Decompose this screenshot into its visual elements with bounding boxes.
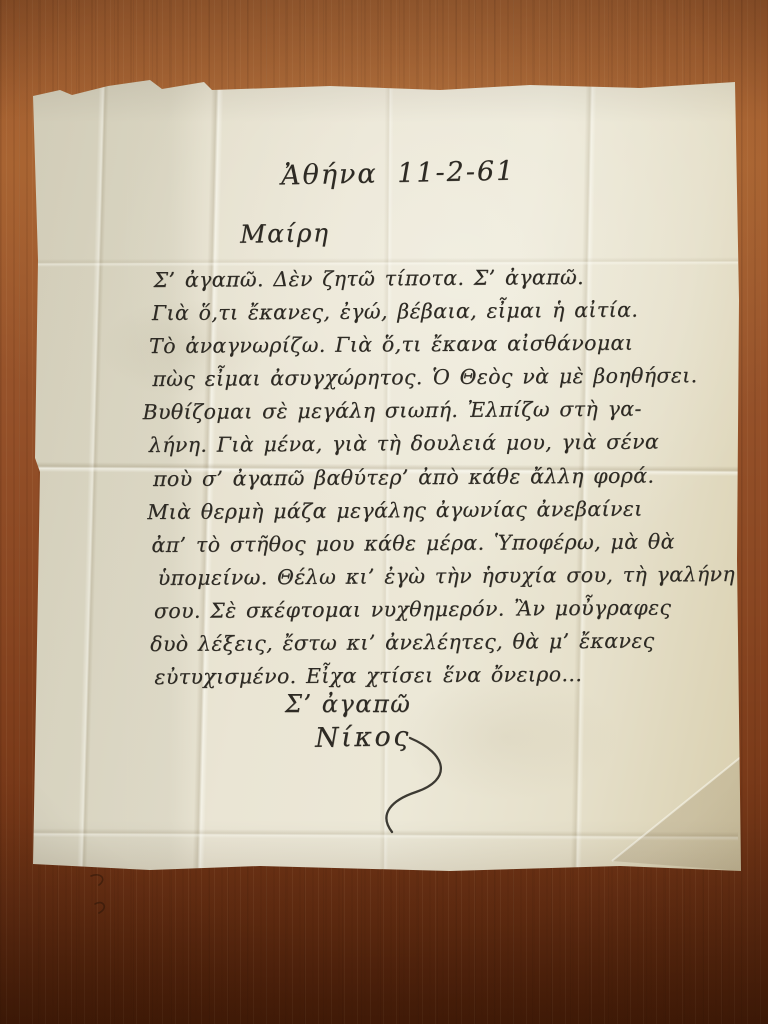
wood-scratch-mark	[85, 870, 125, 930]
letter-body-line: Γιὰ ὅ,τι ἔκανες, ἐγώ, βέβαια, εἶμαι ἡ αἰ…	[152, 293, 734, 330]
photograph-of-letter: Ἀθήνα 11-2-61 Μαίρη Σ’ ἀγαπῶ. Δὲν ζητῶ τ…	[0, 0, 768, 1024]
letter-body-line: Τὸ ἀναγνωρίζω. Γιὰ ὅ,τι ἔκανα αἰσθάνομαι	[149, 326, 734, 363]
letter-body-line: σου. Σὲ σκέφτομαι νυχθημερόν. Ἂν μοὖγραφ…	[154, 591, 736, 628]
letter-closing: Σ’ ἀγαπῶ	[285, 690, 411, 718]
letter-body-line: ποὺ σ’ ἀγαπῶ βαθύτερ’ ἀπὸ κάθε ἄλλη φορά…	[153, 459, 735, 496]
letter-body-line: Μιὰ θερμὴ μάζα μεγάλης ἀγωνίας ἀνεβαίνει	[147, 492, 735, 529]
signature-flourish	[300, 718, 500, 848]
letter-dateline: Ἀθήνα 11-2-61	[281, 156, 516, 192]
letter-body-line: λήνη. Γιὰ μένα, γιὰ τὴ δουλειά μου, γιὰ …	[149, 425, 735, 462]
letter-body-line: πὼς εἶμαι ἀσυγχώρητος. Ὁ Θεὸς νὰ μὲ βοηθ…	[152, 359, 734, 396]
letter-body-line: δυὸ λέξεις, ἔστω κι’ ἀνελέητες, θὰ μ’ ἔκ…	[150, 624, 736, 661]
letter-body-line: ὑπομείνω. Θέλω κι’ ἐγὼ τὴν ἡσυχία σου, τ…	[158, 558, 736, 595]
letter-salutation: Μαίρη	[240, 218, 330, 249]
letter-body-line: εὐτυχισμένο. Εἶχα χτίσει ἕνα ὄνειρο...	[154, 657, 736, 694]
paper-crease-vertical-left	[77, 80, 109, 870]
letter-body: Σ’ ἀγαπῶ. Δὲν ζητῶ τίποτα. Σ’ ἀγαπῶ. Γιὰ…	[152, 260, 736, 694]
letter-body-line: Βυθίζομαι σὲ μεγάλη σιωπή. Ἐλπίζω στὴ γα…	[142, 392, 734, 429]
letter-body-line: Σ’ ἀγαπῶ. Δὲν ζητῶ τίποτα. Σ’ ἀγαπῶ.	[154, 260, 734, 297]
letter-body-line: ἀπ’ τὸ στῆθος μου κάθε μέρα. Ὑποφέρω, μὰ…	[151, 525, 735, 562]
